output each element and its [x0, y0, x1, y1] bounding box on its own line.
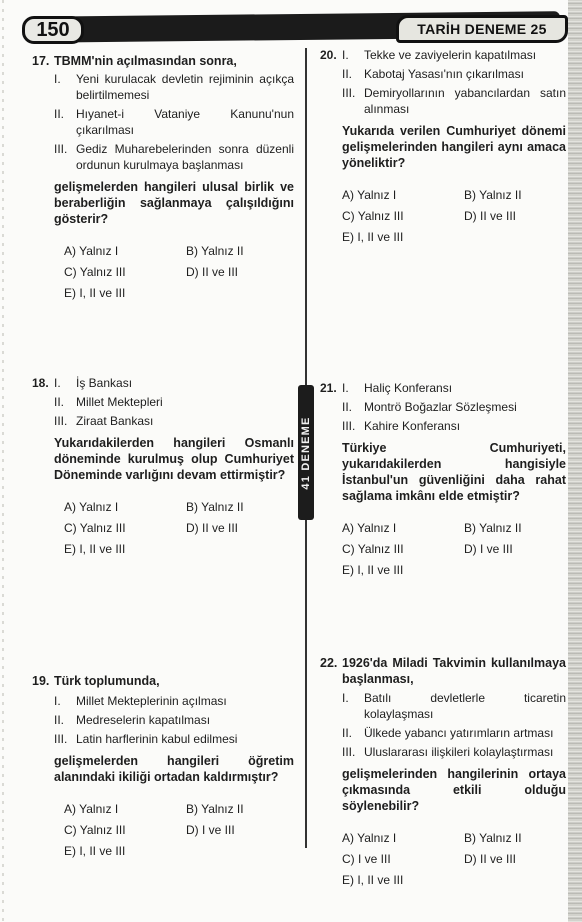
statement-item: II.Montrö Boğazlar Sözleşmesi [342, 399, 566, 415]
option-a[interactable]: A) Yalnız I [64, 499, 186, 515]
question-prompt: Türkiye Cumhuriyeti, yukarıdakilerden ha… [342, 440, 566, 504]
option-c[interactable]: C) Yalnız III [342, 541, 464, 557]
question-19: 19.Türk toplumunda, I.Millet Mekteplerin… [32, 673, 294, 859]
statement-list: I.Millet Mekteplerinin açılması II.Medre… [54, 693, 294, 747]
option-c[interactable]: C) Yalnız III [64, 264, 186, 280]
answer-options: A) Yalnız I B) Yalnız II C) Yalnız III D… [342, 520, 566, 578]
statement-item: II.Hıyanet-i Vataniye Kanunu'nun çıkarıl… [54, 106, 294, 138]
statement-item: II.Millet Mektepleri [54, 394, 294, 410]
statement-list: II.Millet Mektepleri III.Ziraat Bankası [54, 394, 294, 429]
option-e[interactable]: E) I, II ve III [64, 285, 186, 301]
page-right-edge [568, 0, 582, 922]
question-17: 17.TBMM'nin açılmasından sonra, I.Yeni k… [32, 53, 294, 301]
statement-item: I.Millet Mekteplerinin açılması [54, 693, 294, 709]
option-c[interactable]: C) Yalnız III [64, 520, 186, 536]
statement-item: III.Demiryollarının yabancılardan satın … [342, 85, 566, 117]
statement-item: I.Batılı devletlerle ticaretin kolaylaşm… [342, 690, 566, 722]
question-number: 22. [320, 655, 342, 687]
option-a[interactable]: A) Yalnız I [342, 830, 464, 846]
option-b[interactable]: B) Yalnız II [186, 801, 296, 817]
option-e[interactable]: E) I, II ve III [342, 229, 464, 245]
question-20: 20.I.Tekke ve zaviyelerin kapatılması II… [320, 47, 566, 245]
option-d[interactable]: D) II ve III [186, 520, 296, 536]
header-title: TARİH DENEME 25 [396, 15, 568, 43]
statement-item: I.Yeni kurulacak devletin rejiminin açık… [54, 71, 294, 103]
option-e[interactable]: E) I, II ve III [342, 562, 464, 578]
question-stem: 18.I.İş Bankası [32, 375, 294, 391]
option-d[interactable]: D) I ve III [186, 822, 296, 838]
option-b[interactable]: B) Yalnız II [464, 187, 574, 203]
option-c[interactable]: C) Yalnız III [64, 822, 186, 838]
option-c[interactable]: C) I ve III [342, 851, 464, 867]
question-prompt: gelişmelerden hangileri öğretim alanında… [54, 753, 294, 785]
option-b[interactable]: B) Yalnız II [464, 830, 574, 846]
question-21: 21.I.Haliç Konferansı II.Montrö Boğazlar… [320, 380, 566, 578]
question-prompt: Yukarıda verilen Cumhuriyet dönemi geliş… [342, 123, 566, 171]
statement-item: III.Ziraat Bankası [54, 413, 294, 429]
option-e[interactable]: E) I, II ve III [64, 843, 186, 859]
statement-item: II.Kabotaj Yasası'nın çıkarılması [342, 66, 566, 82]
question-number: 17. [32, 53, 54, 69]
answer-options: A) Yalnız I B) Yalnız II C) Yalnız III D… [342, 187, 566, 245]
option-b[interactable]: B) Yalnız II [464, 520, 574, 536]
side-badge-text: 41 DENEME [300, 416, 312, 489]
option-b[interactable]: B) Yalnız II [186, 243, 296, 259]
answer-options: A) Yalnız I B) Yalnız II C) I ve III D) … [342, 830, 566, 888]
question-stem: 22.1926'da Miladi Takvimin kullanılmaya … [320, 655, 566, 687]
option-d[interactable]: D) II ve III [464, 208, 574, 224]
option-a[interactable]: A) Yalnız I [342, 520, 464, 536]
option-d[interactable]: D) I ve III [464, 541, 574, 557]
option-e[interactable]: E) I, II ve III [64, 541, 186, 557]
statement-list: I.Yeni kurulacak devletin rejiminin açık… [54, 71, 294, 173]
option-c[interactable]: C) Yalnız III [342, 208, 464, 224]
page-left-edge [2, 0, 4, 922]
statement-item: II.Ülkede yabancı yatırımların artması [342, 725, 566, 741]
option-a[interactable]: A) Yalnız I [342, 187, 464, 203]
option-d[interactable]: D) II ve III [464, 851, 574, 867]
question-number: 18. [32, 375, 54, 391]
answer-options: A) Yalnız I B) Yalnız II C) Yalnız III D… [64, 801, 294, 859]
statement-item: III.Kahire Konferansı [342, 418, 566, 434]
statement-item: III.Gediz Muharebelerinden sonra düzenli… [54, 141, 294, 173]
question-stem: 19.Türk toplumunda, [32, 673, 294, 689]
answer-options: A) Yalnız I B) Yalnız II C) Yalnız III D… [64, 499, 294, 557]
statement-item: III.Uluslararası ilişkileri kolaylaştırm… [342, 744, 566, 760]
page-header: 150 TARİH DENEME 25 [22, 10, 570, 44]
statement-item: II.Medreselerin kapatılması [54, 712, 294, 728]
page-number: 150 [22, 16, 84, 44]
statement-list: I.Batılı devletlerle ticaretin kolaylaşm… [342, 690, 566, 760]
statement-list: II.Montrö Boğazlar Sözleşmesi III.Kahire… [342, 399, 566, 434]
question-stem: 17.TBMM'nin açılmasından sonra, [32, 53, 294, 69]
statement-list: II.Kabotaj Yasası'nın çıkarılması III.De… [342, 66, 566, 117]
option-d[interactable]: D) II ve III [186, 264, 296, 280]
question-prompt: gelişmelerinden hangilerinin ortaya çıkm… [342, 766, 566, 814]
question-18: 18.I.İş Bankası II.Millet Mektepleri III… [32, 375, 294, 557]
option-e[interactable]: E) I, II ve III [342, 872, 464, 888]
question-stem: 20.I.Tekke ve zaviyelerin kapatılması [320, 47, 566, 63]
option-a[interactable]: A) Yalnız I [64, 801, 186, 817]
question-stem: 21.I.Haliç Konferansı [320, 380, 566, 396]
question-number: 20. [320, 47, 342, 63]
statement-item: III.Latin harflerinin kabul edilmesi [54, 731, 294, 747]
question-prompt: gelişmelerden hangileri ulusal birlik ve… [54, 179, 294, 227]
side-badge: 41 DENEME [298, 385, 314, 520]
question-number: 19. [32, 673, 54, 689]
answer-options: A) Yalnız I B) Yalnız II C) Yalnız III D… [64, 243, 294, 301]
option-a[interactable]: A) Yalnız I [64, 243, 186, 259]
option-b[interactable]: B) Yalnız II [186, 499, 296, 515]
question-number: 21. [320, 380, 342, 396]
question-22: 22.1926'da Miladi Takvimin kullanılmaya … [320, 655, 566, 888]
question-prompt: Yukarıdakilerden hangileri Osmanlı dönem… [54, 435, 294, 483]
